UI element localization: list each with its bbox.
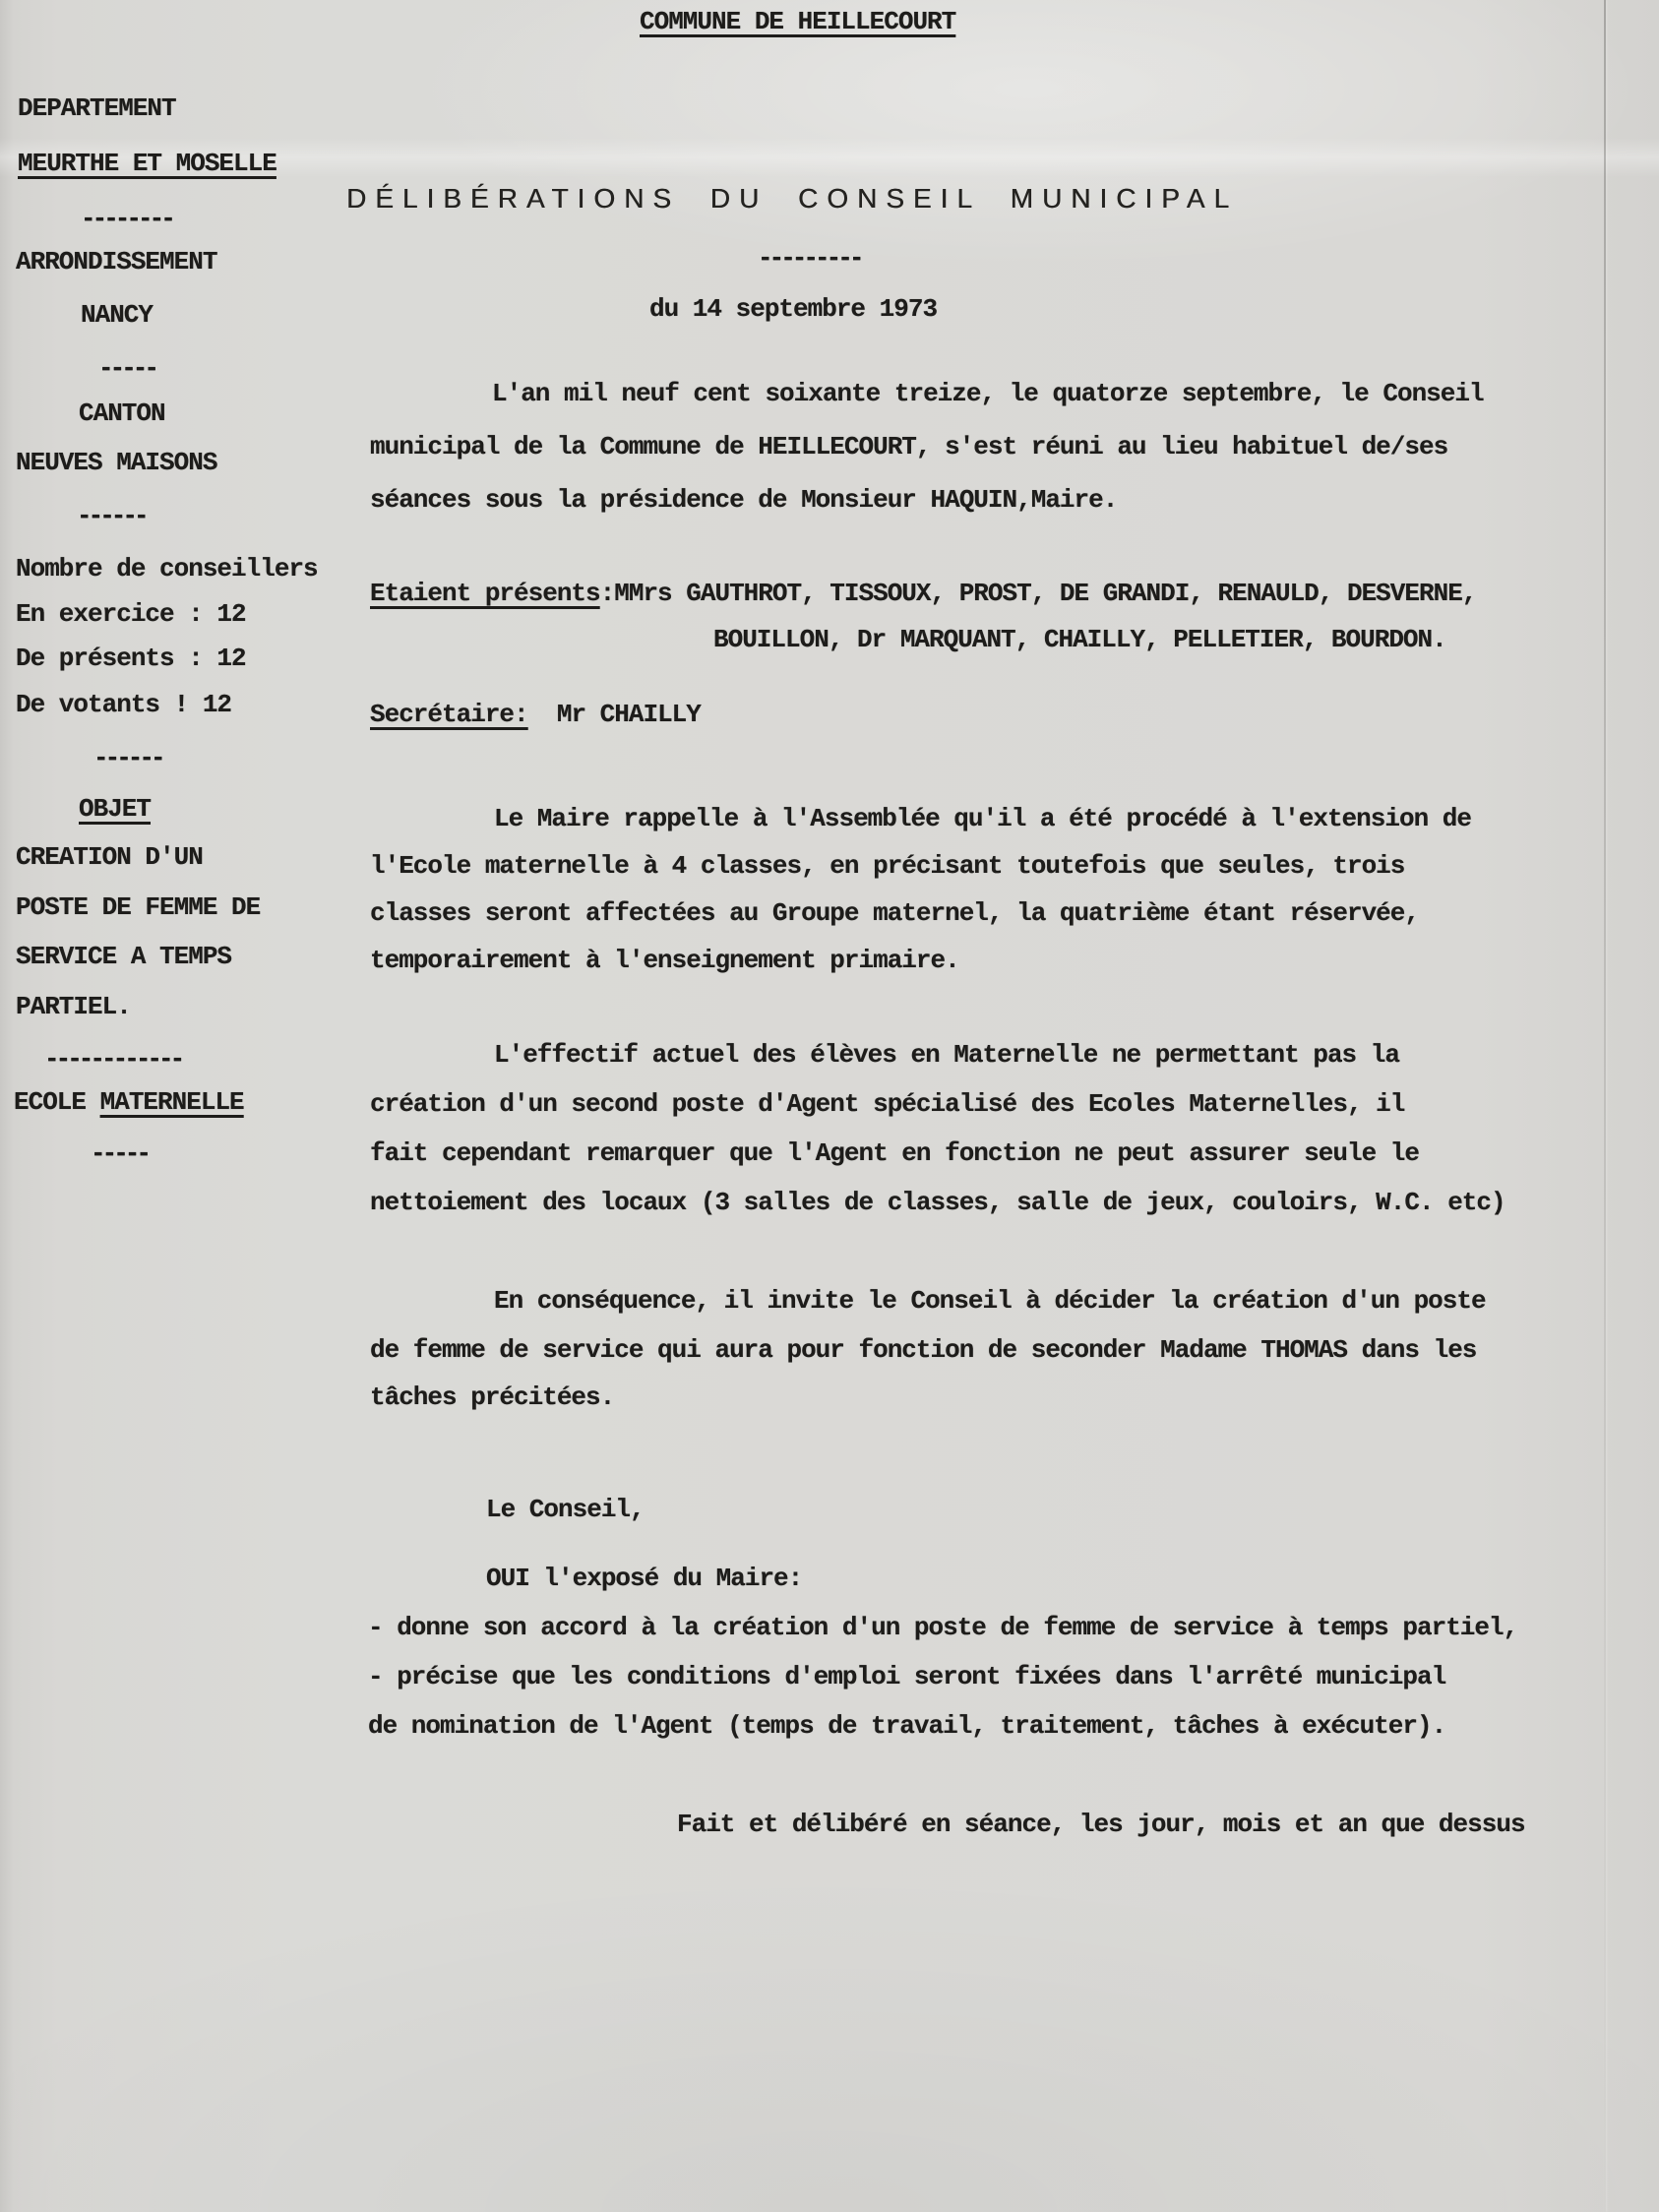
margin-objet-line-4: PARTIEL. — [16, 993, 131, 1022]
title-rule: --------- — [758, 244, 860, 274]
secretary-name: Mr CHAILLY — [528, 700, 701, 729]
paragraph-2-line-4: temporairement à l'enseignement primaire… — [370, 947, 959, 976]
margin-de-presents: De présents : 12 — [16, 645, 246, 674]
margin-arrondissement-label: ARRONDISSEMENT — [16, 248, 216, 277]
ecole-word: ECOLE — [14, 1087, 100, 1117]
margin-rule-5: ------------ — [44, 1045, 181, 1075]
margin-canton-value: NEUVES MAISONS — [16, 449, 216, 478]
margin-objet-label: OBJET — [79, 795, 151, 825]
margin-objet-line-2: POSTE DE FEMME DE — [16, 893, 260, 923]
margin-de-votants: De votants ! 12 — [16, 691, 231, 720]
paragraph-3-line-3: fait cependant remarquer que l'Agent en … — [370, 1139, 1419, 1169]
margin-rule-3: ------ — [77, 502, 146, 531]
margin-objet-line-3: SERVICE A TEMPS — [16, 943, 231, 972]
paragraph-4-line-1: En conséquence, il invite le Conseil à d… — [494, 1287, 1486, 1317]
attendees-names: :MMrs GAUTHROT, TISSOUX, PROST, DE GRAND… — [600, 579, 1477, 608]
margin-rule-4: ------ — [93, 744, 162, 773]
margin-rule-1: -------- — [81, 205, 172, 234]
paragraph-3-line-4: nettoiement des locaux (3 salles de clas… — [370, 1189, 1505, 1218]
margin-conseillers-heading: Nombre de conseillers — [16, 555, 318, 584]
document-title: DÉLIBÉRATIONS DU CONSEIL MUNICIPAL — [346, 183, 1238, 215]
resolution-line-1: - donne son accord à la création d'un po… — [368, 1614, 1517, 1643]
maternelle-word: MATERNELLE — [100, 1087, 244, 1117]
paragraph-1-line-3: séances sous la présidence de Monsieur H… — [370, 486, 1117, 516]
commune-header: COMMUNE DE HEILLECOURT — [640, 8, 955, 37]
resolution-line-3: de nomination de l'Agent (temps de trava… — [368, 1712, 1445, 1742]
council-intro: Le Conseil, — [486, 1496, 645, 1525]
resolution-line-2: - précise que les conditions d'emploi se… — [368, 1663, 1445, 1692]
paragraph-4-line-3: tâches précitées. — [370, 1383, 614, 1413]
margin-canton-label: CANTON — [79, 399, 165, 429]
margin-departement-label: DEPARTEMENT — [18, 94, 176, 124]
margin-en-exercice: En exercice : 12 — [16, 600, 246, 630]
attendees-line-1: Etaient présents:MMrs GAUTHROT, TISSOUX,… — [370, 580, 1476, 609]
oui-expose-line: OUI l'exposé du Maire: — [486, 1565, 802, 1594]
margin-ecole-maternelle: ECOLE MATERNELLE — [14, 1088, 244, 1118]
closing-line: Fait et délibéré en séance, les jour, mo… — [677, 1811, 1525, 1840]
secretary-label: Secrétaire: — [370, 700, 528, 729]
paragraph-2-line-1: Le Maire rappelle à l'Assemblée qu'il a … — [494, 805, 1471, 834]
paragraph-3-line-2: création d'un second poste d'Agent spéci… — [370, 1090, 1404, 1120]
paragraph-2-line-3: classes seront affectées au Groupe mater… — [370, 899, 1419, 929]
margin-departement-value: MEURTHE ET MOSELLE — [18, 150, 276, 179]
margin-arrondissement-value: NANCY — [81, 301, 153, 331]
scanned-document-page: COMMUNE DE HEILLECOURT DÉLIBÉRATIONS DU … — [0, 0, 1659, 2212]
margin-rule-2: ----- — [98, 354, 155, 384]
secretary-line: Secrétaire: Mr CHAILLY — [370, 701, 701, 730]
attendees-line-2: BOUILLON, Dr MARQUANT, CHAILLY, PELLETIE… — [713, 626, 1446, 655]
attendees-label: Etaient présents — [370, 579, 600, 608]
paragraph-4-line-2: de femme de service qui aura pour foncti… — [370, 1336, 1476, 1366]
paragraph-2-line-2: l'Ecole maternelle à 4 classes, en préci… — [370, 852, 1404, 882]
margin-rule-6: ----- — [91, 1139, 148, 1169]
paragraph-1-line-1: L'an mil neuf cent soixante treize, le q… — [492, 380, 1484, 409]
paragraph-3-line-1: L'effectif actuel des élèves en Maternel… — [494, 1041, 1399, 1071]
paper-fold-crease — [1604, 0, 1606, 2212]
session-date: du 14 septembre 1973 — [649, 295, 937, 325]
margin-objet-line-1: CREATION D'UN — [16, 843, 203, 873]
paragraph-1-line-2: municipal de la Commune de HEILLECOURT, … — [370, 433, 1447, 462]
